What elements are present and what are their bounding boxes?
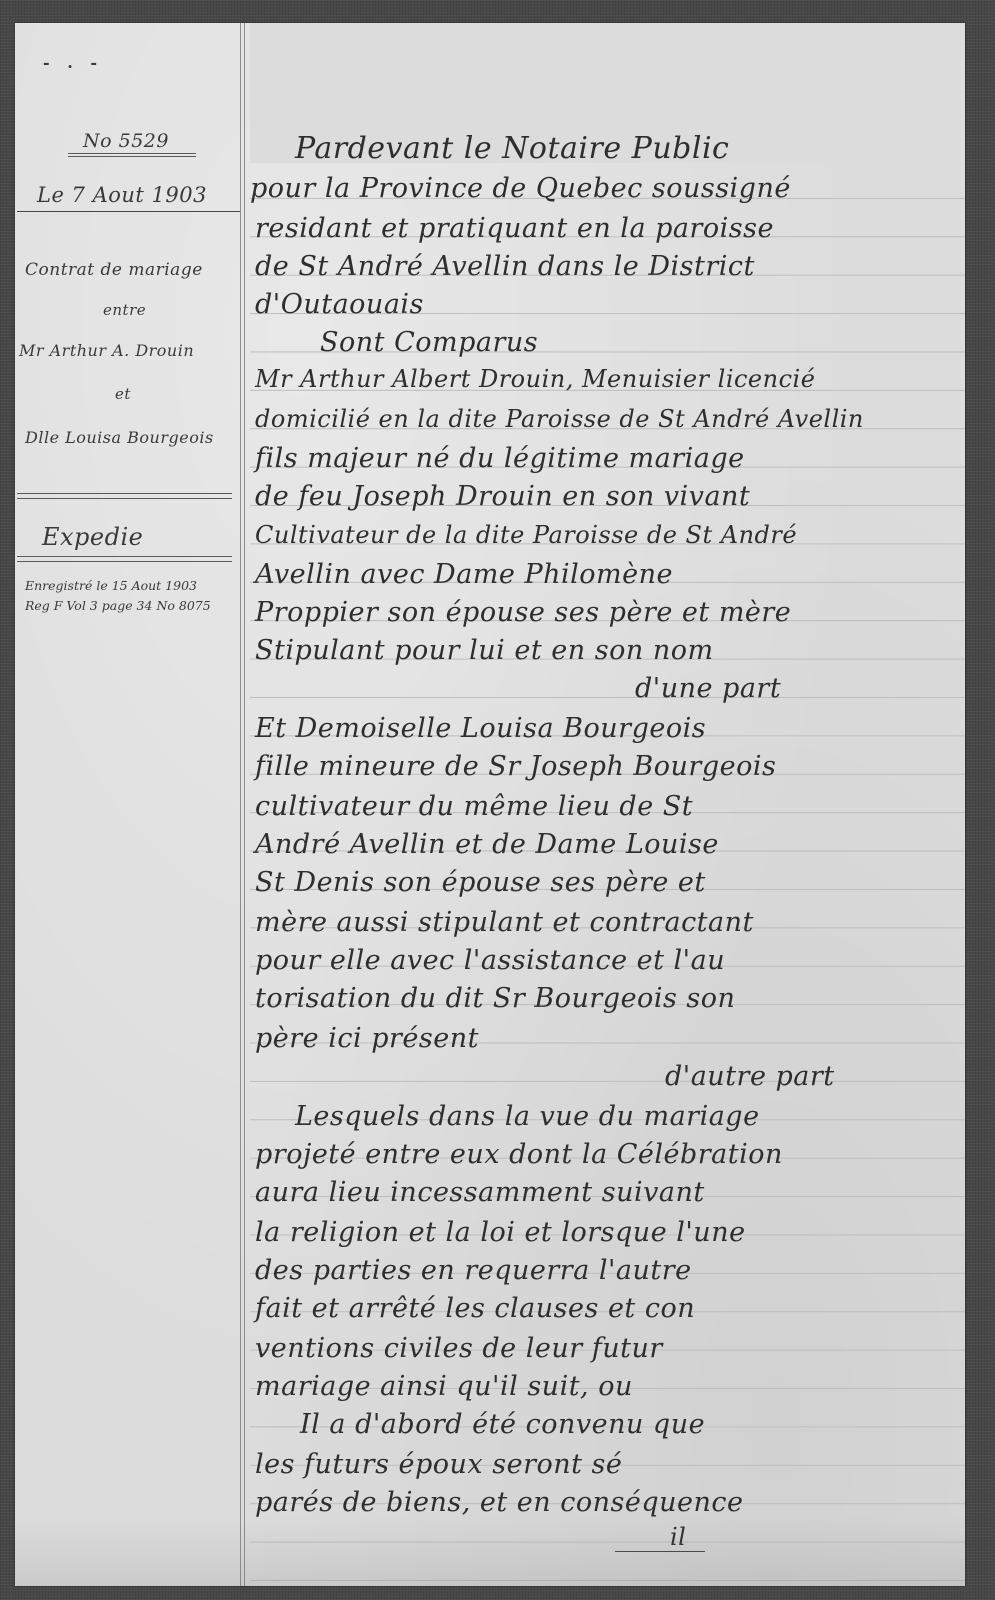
- number-underline: [68, 153, 196, 157]
- footer-underline: [615, 1551, 705, 1552]
- body-line-16: Et Demoiselle Louisa Bourgeois: [255, 713, 706, 744]
- body-line-19: André Avellin et de Dame Louise: [255, 829, 719, 860]
- body-line-23: torisation du dit Sr Bourgeois son: [255, 983, 735, 1014]
- registration-line-1: Enregistré le 15 Aout 1903: [25, 578, 197, 593]
- body-line-11: Cultivateur de la dite Paroisse de St An…: [255, 521, 797, 549]
- footer-catchword: il: [670, 1523, 686, 1551]
- body-line-14: Stipulant pour lui et en son nom: [255, 635, 714, 666]
- body-line-29: la religion et la loi et lorsque l'une: [255, 1217, 746, 1248]
- body-line-4: de St André Avellin dans le District: [255, 251, 755, 282]
- body-line-3: residant et pratiquant en la paroisse: [255, 213, 774, 244]
- expedition-top-rule: [17, 493, 232, 499]
- registration-line-2: Reg F Vol 3 page 34 No 8075: [25, 598, 211, 613]
- body-line-12: Avellin avec Dame Philomène: [255, 559, 673, 590]
- body-line-20: St Denis son épouse ses père et: [255, 867, 706, 898]
- act-date: Le 7 Aout 1903: [37, 183, 207, 207]
- body-line-25: d'autre part: [665, 1061, 835, 1092]
- body-line-15: d'une part: [635, 673, 781, 704]
- body-line-22: pour elle avec l'assistance et l'au: [255, 945, 725, 976]
- margin-title-line-2: entre: [103, 301, 146, 319]
- body-line-27: projeté entre eux dont la Célébration: [255, 1139, 783, 1170]
- date-underline: [17, 211, 240, 212]
- top-ink-marks: - . -: [43, 53, 103, 72]
- body-line-28: aura lieu incessamment suivant: [255, 1177, 705, 1208]
- body-line-17: fille mineure de Sr Joseph Bourgeois: [255, 751, 776, 782]
- act-number: No 5529: [83, 130, 169, 152]
- document-page: - . - No 5529 Le 7 Aout 1903 Contrat de …: [15, 23, 965, 1586]
- body-line-24: père ici présent: [255, 1023, 479, 1054]
- body-line-7: Mr Arthur Albert Drouin, Menuisier licen…: [255, 365, 815, 393]
- body-line-30: des parties en requerra l'autre: [255, 1255, 692, 1286]
- expedition-bottom-rule: [17, 556, 232, 562]
- margin-title-line-1: Contrat de mariage: [25, 260, 203, 280]
- body-line-13: Proppier son épouse ses père et mère: [255, 597, 791, 628]
- body-line-34: Il a d'abord été convenu que: [300, 1409, 705, 1440]
- expedition-label: Expedie: [42, 523, 143, 551]
- body-line-6: Sont Comparus: [320, 327, 538, 358]
- body-line-32: ventions civiles de leur futur: [255, 1333, 663, 1364]
- body-line-36: parés de biens, et en conséquence: [255, 1487, 743, 1518]
- body-line-21: mère aussi stipulant et contractant: [255, 907, 754, 938]
- body-line-9: fils majeur né du légitime mariage: [255, 443, 745, 474]
- margin-line-right: [244, 23, 245, 1586]
- margin-title-line-3: Mr Arthur A. Drouin: [19, 341, 194, 360]
- body-line-35: les futurs époux seront sé: [255, 1449, 622, 1480]
- body-line-8: domicilié en la dite Paroisse de St Andr…: [255, 405, 864, 433]
- margin-line-left: [240, 23, 241, 1586]
- body-line-31: fait et arrêté les clauses et con: [255, 1293, 695, 1324]
- body-line-10: de feu Joseph Drouin en son vivant: [255, 481, 750, 512]
- body-line-5: d'Outaouais: [255, 289, 424, 320]
- body-line-18: cultivateur du même lieu de St: [255, 791, 693, 822]
- margin-title-line-5: Dlle Louisa Bourgeois: [25, 428, 214, 447]
- margin-title-line-4: et: [115, 385, 131, 403]
- body-line-1: Pardevant le Notaire Public: [295, 131, 729, 166]
- body-line-33: mariage ainsi qu'il suit, ou: [255, 1371, 633, 1402]
- body-line-26: Lesquels dans la vue du mariage: [295, 1101, 760, 1132]
- body-line-2: pour la Province de Quebec soussigné: [250, 173, 791, 204]
